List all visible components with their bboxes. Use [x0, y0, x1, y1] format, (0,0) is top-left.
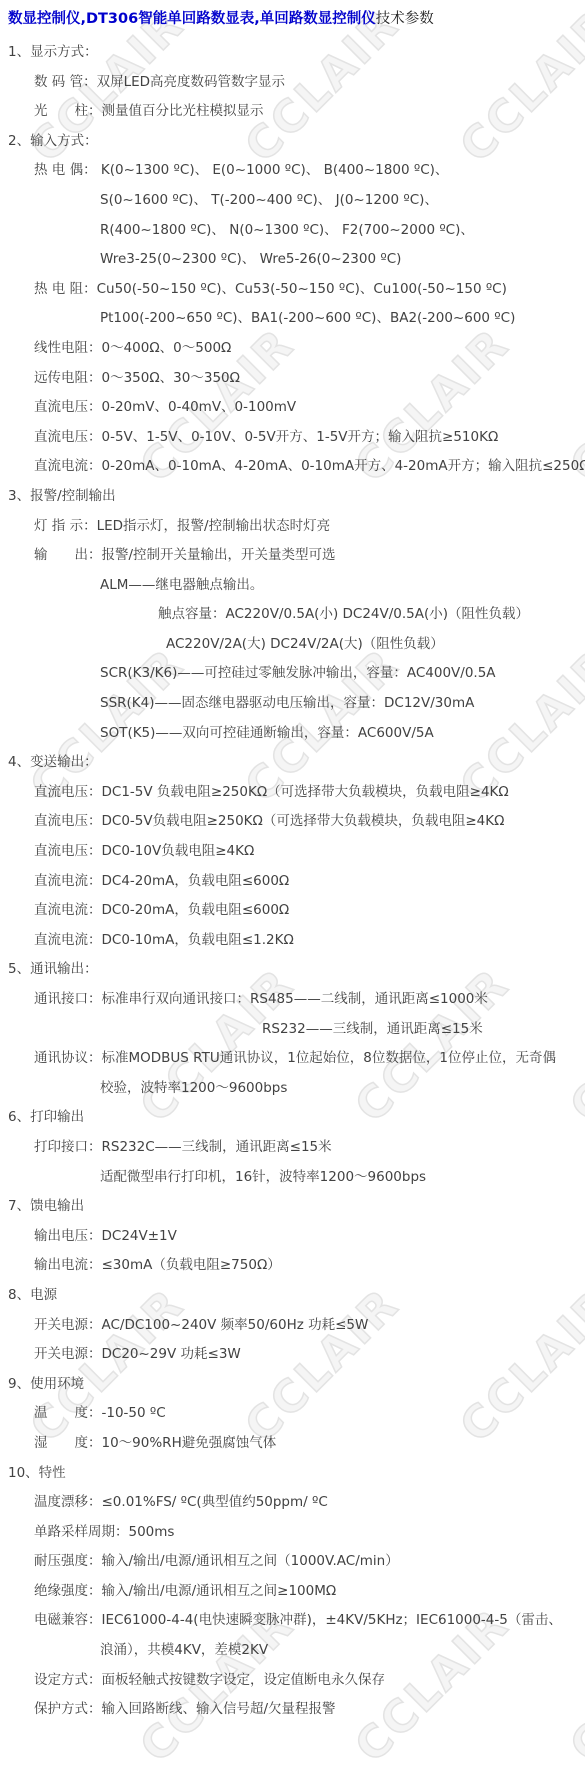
spec-line: 通讯接口：标准串行双向通讯接口：RS485——二线制，通讯距离≤1000米	[0, 985, 585, 1015]
spec-line: 光 柱：测量值百分比光柱模拟显示	[0, 97, 585, 127]
spec-line: 湿 度：10～90%RH避免强腐蚀气体	[0, 1429, 585, 1459]
spec-line: ALM——继电器触点输出。	[0, 571, 585, 601]
spec-line: 输出电压：DC24V±1V	[0, 1222, 585, 1252]
spec-line: 开关电源：DC20~29V 功耗≤3W	[0, 1340, 585, 1370]
spec-section: 4、变送输出：直流电压：DC1-5V 负载电阻≥250KΩ（可选择带大负载模块，…	[0, 748, 585, 955]
spec-line: Pt100(-200~650 ºC)、BA1(-200~600 ºC)、BA2(…	[0, 304, 585, 334]
spec-document: CCLAIRCCLAIRCCLAIRCCLAIRCCLAIRCCLAIRCCLA…	[0, 0, 585, 1767]
spec-line: 直流电压：DC0-5V负载电阻≥250KΩ（可选择带大负载模块，负载电阻≥4KΩ	[0, 807, 585, 837]
spec-line: 灯 指 示：LED指示灯，报警/控制输出状态时灯亮	[0, 512, 585, 542]
page-title-highlight: 数显控制仪,DT306智能单回路数显表,单回路数显控制仪	[8, 11, 376, 27]
section-heading: 5、通讯输出：	[0, 955, 585, 985]
document-content: 数显控制仪,DT306智能单回路数显表,单回路数显控制仪技术参数 1、显示方式：…	[0, 0, 585, 1749]
spec-section: 10、特性温度漂移：≤0.01%FS/ ºC(典型值约50ppm/ ºC单路采样…	[0, 1459, 585, 1725]
spec-line: SOT(K5)——双向可控硅通断输出，容量：AC600V/5A	[0, 719, 585, 749]
spec-line: 校验，波特率1200～9600bps	[0, 1074, 585, 1104]
section-heading: 6、打印输出	[0, 1103, 585, 1133]
spec-line: 电磁兼容：IEC61000-4-4(电快速瞬变脉冲群)，±4KV/5KHz；IE…	[0, 1606, 585, 1636]
section-heading: 8、电源	[0, 1281, 585, 1311]
spec-line: 开关电源：AC/DC100~240V 频率50/60Hz 功耗≤5W	[0, 1311, 585, 1341]
spec-section: 1、显示方式：数 码 管：双屏LED高亮度数码管数字显示光 柱：测量值百分比光柱…	[0, 38, 585, 127]
spec-line: 热 电 阻：Cu50(-50~150 ºC)、Cu53(-50~150 ºC)、…	[0, 275, 585, 305]
spec-line: 保护方式：输入回路断线、输入信号超/欠量程报警	[0, 1695, 585, 1725]
spec-line: SCR(K3/K6)——可控硅过零触发脉冲输出，容量：AC400V/0.5A	[0, 659, 585, 689]
section-heading: 7、馈电输出	[0, 1192, 585, 1222]
spec-line: 设定方式：面板轻触式按键数字设定，设定值断电永久保存	[0, 1666, 585, 1696]
section-heading: 2、输入方式：	[0, 127, 585, 157]
spec-line: 线性电阻：0～400Ω、0～500Ω	[0, 334, 585, 364]
spec-section: 3、报警/控制输出灯 指 示：LED指示灯，报警/控制输出状态时灯亮输 出：报警…	[0, 482, 585, 748]
spec-section: 8、电源开关电源：AC/DC100~240V 频率50/60Hz 功耗≤5W开关…	[0, 1281, 585, 1370]
spec-line: SSR(K4)——固态继电器驱动电压输出，容量：DC12V/30mA	[0, 689, 585, 719]
spec-line: 耐压强度：输入/输出/电源/通讯相互之间（1000V.AC/min）	[0, 1547, 585, 1577]
spec-line: 适配微型串行打印机，16针，波特率1200～9600bps	[0, 1163, 585, 1193]
spec-line: 触点容量：AC220V/0.5A(小) DC24V/0.5A(小)（阻性负载）	[0, 600, 585, 630]
section-heading: 9、使用环境	[0, 1370, 585, 1400]
spec-line: 浪涌），共模4KV，差模2KV	[0, 1636, 585, 1666]
spec-line: 直流电压：0-20mV、0-40mV、0-100mV	[0, 393, 585, 423]
spec-section: 2、输入方式：热 电 偶： K(0~1300 ºC)、 E(0~1000 ºC)…	[0, 127, 585, 482]
page-title-suffix: 技术参数	[376, 11, 434, 27]
spec-section: 6、打印输出打印接口：RS232C——三线制，通讯距离≤15米适配微型串行打印机…	[0, 1103, 585, 1192]
spec-line: AC220V/2A(大) DC24V/2A(大)（阻性负载）	[0, 630, 585, 660]
spec-line: 直流电流：0-20mA、0-10mA、4-20mA、0-10mA开方、4-20m…	[0, 452, 585, 482]
spec-line: 打印接口：RS232C——三线制，通讯距离≤15米	[0, 1133, 585, 1163]
spec-line: 单路采样周期：500ms	[0, 1518, 585, 1548]
spec-line: 直流电流：DC0-20mA，负载电阻≤600Ω	[0, 896, 585, 926]
spec-line: 温度漂移：≤0.01%FS/ ºC(典型值约50ppm/ ºC	[0, 1488, 585, 1518]
spec-section: 9、使用环境温 度：-10-50 ºC湿 度：10～90%RH避免强腐蚀气体	[0, 1370, 585, 1459]
spec-line: 热 电 偶： K(0~1300 ºC)、 E(0~1000 ºC)、 B(400…	[0, 156, 585, 186]
spec-line: 直流电压：DC0-10V负载电阻≥4KΩ	[0, 837, 585, 867]
section-heading: 4、变送输出：	[0, 748, 585, 778]
spec-line: Wre3-25(0~2300 ºC)、 Wre5-26(0~2300 ºC)	[0, 245, 585, 275]
spec-line: RS232——三线制，通讯距离≤15米	[0, 1015, 585, 1045]
spec-line: 数 码 管：双屏LED高亮度数码管数字显示	[0, 68, 585, 98]
spec-sections: 1、显示方式：数 码 管：双屏LED高亮度数码管数字显示光 柱：测量值百分比光柱…	[0, 38, 585, 1725]
page-title: 数显控制仪,DT306智能单回路数显表,单回路数显控制仪技术参数	[0, 8, 585, 30]
spec-line: 直流电压：DC1-5V 负载电阻≥250KΩ（可选择带大负载模块，负载电阻≥4K…	[0, 778, 585, 808]
spec-line: 直流电压：0-5V、1-5V、0-10V、0-5V开方、1-5V开方；输入阻抗≥…	[0, 423, 585, 453]
spec-section: 5、通讯输出：通讯接口：标准串行双向通讯接口：RS485——二线制，通讯距离≤1…	[0, 955, 585, 1103]
spec-line: 远传电阻：0～350Ω、30～350Ω	[0, 364, 585, 394]
spec-section: 7、馈电输出输出电压：DC24V±1V输出电流：≤30mA（负载电阻≥750Ω）	[0, 1192, 585, 1281]
spec-line: 输 出：报警/控制开关量输出，开关量类型可选	[0, 541, 585, 571]
spec-line: 温 度：-10-50 ºC	[0, 1399, 585, 1429]
spec-line: 输出电流：≤30mA（负载电阻≥750Ω）	[0, 1251, 585, 1281]
section-heading: 10、特性	[0, 1459, 585, 1489]
section-heading: 3、报警/控制输出	[0, 482, 585, 512]
spec-line: 直流电流：DC0-10mA，负载电阻≤1.2KΩ	[0, 926, 585, 956]
spec-line: 直流电流：DC4-20mA，负载电阻≤600Ω	[0, 867, 585, 897]
section-heading: 1、显示方式：	[0, 38, 585, 68]
spec-line: S(0~1600 ºC)、 T(-200~400 ºC)、 J(0~1200 º…	[0, 186, 585, 216]
spec-line: 通讯协议：标准MODBUS RTU通讯协议，1位起始位，8位数据位，1位停止位，…	[0, 1044, 585, 1074]
spec-line: 绝缘强度：输入/输出/电源/通讯相互之间≥100MΩ	[0, 1577, 585, 1607]
spec-line: R(400~1800 ºC)、 N(0~1300 ºC)、 F2(700~200…	[0, 216, 585, 246]
